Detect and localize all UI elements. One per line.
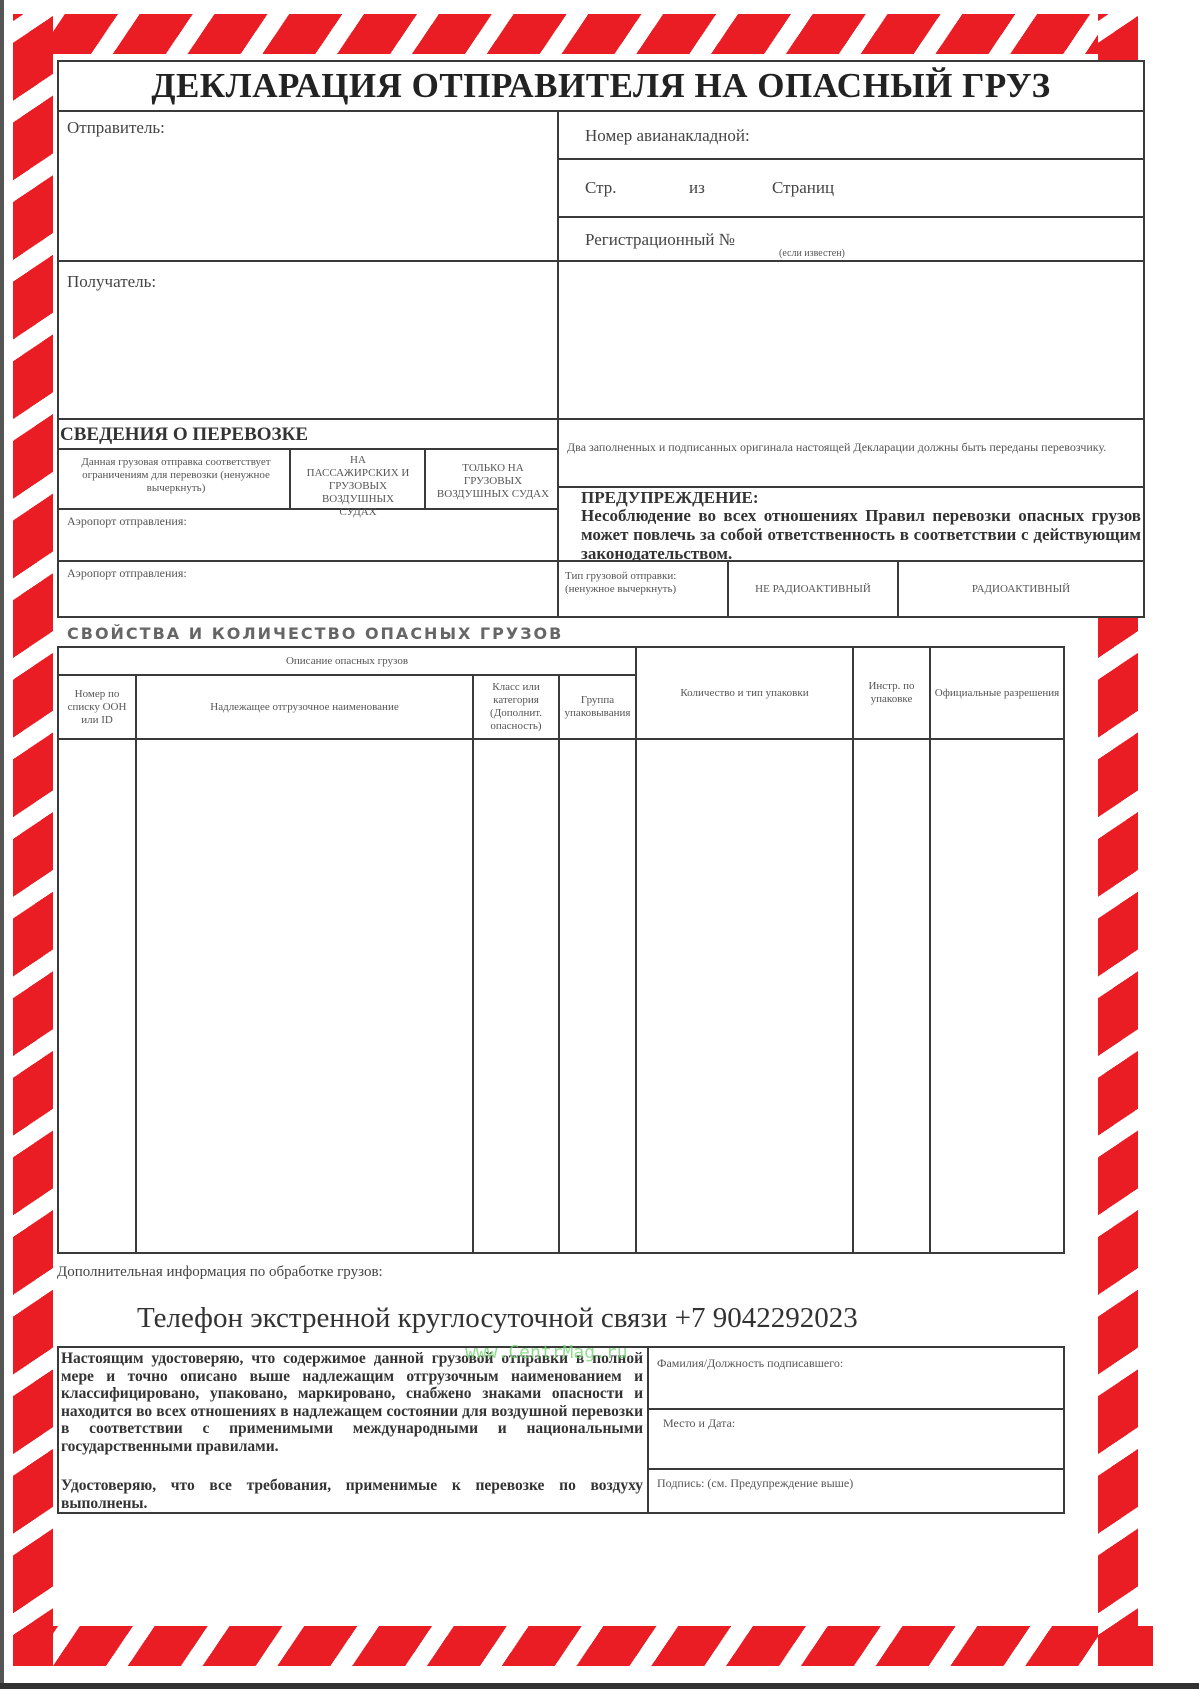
page-number-field[interactable]: Стр. — [585, 178, 617, 198]
page-title: ДЕКЛАРАЦИЯ ОТПРАВИТЕЛЯ НА ОПАСНЫЙ ГРУЗ — [57, 60, 1145, 112]
awb-number-field[interactable]: Номер авианакладной: — [585, 126, 750, 146]
place-date-field[interactable]: Место и Дата: — [663, 1416, 735, 1431]
page-edge — [0, 0, 4, 1689]
goods-table-body[interactable] — [59, 740, 1063, 1252]
divider — [557, 216, 1145, 218]
additional-info-field[interactable]: Дополнительная информация по обработке г… — [57, 1264, 383, 1281]
divider — [424, 448, 426, 508]
divider — [897, 560, 899, 618]
emergency-phone: Телефон экстренной круглосуточной связи … — [137, 1302, 858, 1335]
originals-note: Два заполненных и подписанных оригинала … — [567, 438, 1139, 457]
column-header-packing-instruction: Инстр. по упаковке — [854, 648, 929, 738]
column-header-un-number: Номер по списку ООН или ID — [59, 676, 135, 738]
divider — [647, 1408, 1065, 1410]
divider — [289, 448, 291, 508]
goods-section-title: СВОЙСТВА И КОЛИЧЕСТВО ОПАСНЫХ ГРУЗОВ — [67, 624, 563, 643]
divider — [57, 448, 557, 450]
certification-text-2: Удостоверяю, что все требования, примени… — [61, 1477, 643, 1512]
passenger-aircraft-option[interactable]: НА ПАССАЖИРСКИХ И ГРУЗОВЫХ ВОЗДУШНЫХ СУД… — [303, 454, 413, 519]
transport-section-title: СВЕДЕНИЯ О ПЕРЕВОЗКЕ — [60, 424, 308, 446]
non-radioactive-option[interactable]: НЕ РАДИОАКТИВНЫЙ — [733, 583, 893, 596]
consignee-extra-area[interactable] — [559, 262, 1143, 416]
goods-group-header: Описание опасных грузов — [57, 648, 637, 674]
radioactive-option[interactable]: РАДИОАКТИВНЫЙ — [903, 583, 1139, 596]
column-header-shipping-name: Надлежащее отгрузочное наименование — [137, 676, 472, 738]
divider — [557, 158, 1145, 160]
divider — [647, 1346, 649, 1514]
page-of-label: из — [689, 178, 705, 198]
column-header-authorizations: Официальные разрешения — [931, 648, 1063, 738]
column-header-class: Класс или категория (Дополнит. опасность… — [474, 676, 558, 738]
certification-text: Настоящим удостоверяю, что содержимое да… — [61, 1350, 643, 1455]
departure-airport-field[interactable]: Аэропорт отправления: — [67, 514, 187, 529]
column-header-quantity: Количество и тип упаковки — [637, 648, 852, 738]
signature-field[interactable]: Подпись: (см. Предупреждение выше) — [657, 1476, 853, 1491]
registration-number-field[interactable]: Регистрационный № — [585, 230, 735, 250]
signatory-name-field[interactable]: Фамилия/Должность подписавшего: — [657, 1356, 843, 1371]
hazard-border-top — [13, 14, 1138, 54]
divider — [57, 418, 1145, 420]
hazard-border-left — [13, 14, 53, 1666]
page-edge-bottom — [0, 1683, 1199, 1689]
shipment-type-label: Тип грузовой отправки: (ненужное вычеркн… — [565, 570, 723, 596]
declaration-form: ДЕКЛАРАЦИЯ ОТПРАВИТЕЛЯ НА ОПАСНЫЙ ГРУЗ О… — [57, 60, 1145, 1616]
hazard-border-bottom — [13, 1626, 1153, 1666]
warning-text: Несоблюдение во всех отношениях Правил п… — [581, 506, 1141, 563]
shipper-field[interactable]: Отправитель: — [67, 118, 165, 138]
limits-note: Данная грузовая отправка соответствует о… — [73, 456, 279, 495]
total-pages-field[interactable]: Страниц — [772, 178, 834, 198]
cargo-aircraft-option[interactable]: ТОЛЬКО НА ГРУЗОВЫХ ВОЗДУШНЫХ СУДАХ — [433, 462, 553, 501]
destination-airport-field[interactable]: Аэропорт отправления: — [67, 566, 187, 581]
column-header-packing-group: Группа упаковывания — [560, 676, 635, 738]
registration-note: (если известен) — [779, 248, 845, 259]
consignee-field[interactable]: Получатель: — [67, 272, 156, 292]
divider — [647, 1468, 1065, 1470]
watermark: www.CentrMag.ru — [465, 1342, 628, 1363]
divider — [727, 560, 729, 618]
warning-title: ПРЕДУПРЕЖДЕНИЕ: — [581, 488, 759, 507]
